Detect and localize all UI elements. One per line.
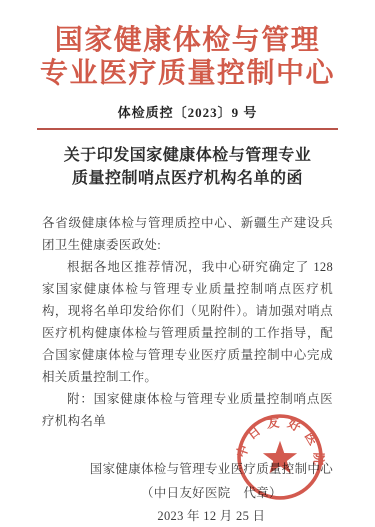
signature-agent: （中日友好医院 代章） xyxy=(90,482,333,506)
paragraph-main: 根据各地区推荐情况，我中心研究确定了 128 家国家健康体检与管理专业质量控制哨… xyxy=(42,256,333,388)
doc-title-line2: 质量控制哨点医疗机构名单的函 xyxy=(30,167,345,190)
org-name-line2: 专业医疗质量控制中心 xyxy=(0,57,375,90)
signature-block: 国家健康体检与管理专业医疗质量控制中心 （中日友好医院 代章） 2023 年 1… xyxy=(90,458,333,527)
document-page: 国家健康体检与管理 专业医疗质量控制中心 体检质控〔2023〕9 号 关于印发国… xyxy=(0,24,375,527)
red-divider xyxy=(37,128,338,130)
letter-body: 各省级健康体检与管理质控中心、新疆生产建设兵团卫生健康委医政处: 根据各地区推荐… xyxy=(42,212,333,527)
doc-number: 体检质控〔2023〕9 号 xyxy=(0,102,375,121)
letterhead: 国家健康体检与管理 专业医疗质量控制中心 体检质控〔2023〕9 号 xyxy=(0,24,375,130)
signature-date: 2023 年 12 月 25 日 xyxy=(90,505,333,527)
doc-title-line1: 关于印发国家健康体检与管理专业 xyxy=(30,144,345,167)
attachment-note: 附：国家健康体检与管理专业质量控制哨点医疗机构名单 xyxy=(42,388,333,432)
org-name: 国家健康体检与管理 专业医疗质量控制中心 xyxy=(0,24,375,90)
doc-title: 关于印发国家健康体检与管理专业 质量控制哨点医疗机构名单的函 xyxy=(30,144,345,190)
signature-org: 国家健康体检与管理专业医疗质量控制中心 xyxy=(90,458,333,482)
org-name-line1: 国家健康体检与管理 xyxy=(0,24,375,57)
salutation: 各省级健康体检与管理质控中心、新疆生产建设兵团卫生健康委医政处: xyxy=(42,212,333,256)
